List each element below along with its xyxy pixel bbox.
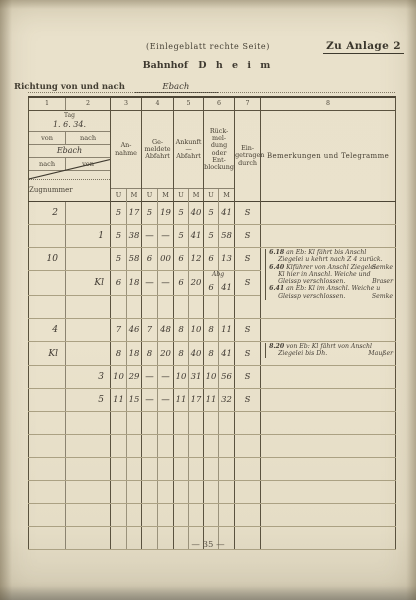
zugnummer-col1-cell	[29, 504, 66, 527]
annahme-hour-cell: 7	[111, 319, 127, 342]
ankunft-minute-cell: 10	[189, 319, 204, 342]
annahme-hour-cell	[111, 435, 127, 458]
hour-label: U	[204, 189, 219, 202]
col-number: 3	[111, 97, 142, 111]
gemeldete-minute-cell: —	[158, 225, 174, 248]
annahme-hour-cell: 5	[111, 248, 127, 271]
table-row: 4746748810811S	[29, 319, 396, 342]
annahme-hour-cell: 10	[111, 366, 127, 389]
ankunft-minute-cell	[189, 481, 204, 504]
ankunft-minute-cell	[189, 296, 204, 319]
ankunft-hour-cell	[174, 504, 189, 527]
remark-line: 6.40 Klführer von Anschl Ziegelei: Kl hi…	[269, 264, 393, 286]
ankunft-hour-cell: 6	[174, 271, 189, 296]
von-nach-row: von nach	[29, 132, 110, 145]
zugnummer-col2-cell: 3	[66, 366, 111, 389]
eingetragen-cell	[235, 504, 261, 527]
ankunft-minute-cell	[189, 435, 204, 458]
table-row: 51115——11171132S	[29, 389, 396, 412]
ankunft-hour-cell: 10	[174, 366, 189, 389]
table-row: Kl818820840841S8.20 von Eb: Kl fährt von…	[29, 342, 396, 366]
tag-date-value: 1. 6. 34.	[53, 120, 86, 129]
rueckmeldung-minute-cell: 41	[219, 202, 235, 225]
zugnummer-col1-cell	[29, 389, 66, 412]
gemeldete-minute-cell	[158, 504, 174, 527]
annahme-minute-cell: 38	[127, 225, 142, 248]
bemerkungen-cell	[261, 412, 396, 435]
rueckmeldung-hour-cell: 11	[204, 389, 219, 412]
annahme-hour-cell: 5	[111, 202, 127, 225]
zugnummer-col2-cell	[66, 248, 111, 271]
gemeldete-hour-cell: 6	[142, 248, 158, 271]
col-number: 4	[142, 97, 174, 111]
remark-block: 6.18 an Eb: Kl fährt bis Anschl Ziegelei…	[265, 249, 393, 300]
rueckmeldung-hour-cell	[204, 435, 219, 458]
zugnummer-col2-cell	[66, 412, 111, 435]
zugnummer-col2-cell: 5	[66, 389, 111, 412]
eingetragen-cell	[235, 481, 261, 504]
zugnummer-col1-cell	[29, 458, 66, 481]
zugnummer-col2-cell	[66, 458, 111, 481]
remark-block: 8.20 von Eb: Kl fährt von Anschl Ziegele…	[265, 343, 393, 358]
gemeldete-hour-cell: 5	[142, 202, 158, 225]
ankunft-minute-cell	[189, 504, 204, 527]
gemeldete-hour-cell	[142, 504, 158, 527]
table-row	[29, 458, 396, 481]
zugnummer-col2-cell	[66, 319, 111, 342]
annahme-hour-cell	[111, 412, 127, 435]
ankunft-minute-cell: 17	[189, 389, 204, 412]
annahme-minute-cell: 15	[127, 389, 142, 412]
rueckmeldung-minute-cell: 41	[219, 271, 235, 296]
rueckmeldung-minute-cell	[219, 412, 235, 435]
tag-label: Tag	[29, 111, 110, 120]
eingetragen-durch-header: Ein- getragen durch	[235, 111, 261, 202]
annahme-minute-cell	[127, 296, 142, 319]
scanned-form-page: (Einlegeblatt rechte Seite) Zu Anlage 2 …	[0, 0, 416, 600]
zugnummer-col2-cell: Kl	[66, 271, 111, 296]
gemeldete-minute-cell	[158, 481, 174, 504]
zugnummer-col2-cell	[66, 435, 111, 458]
station-name: D h e i m	[198, 60, 273, 71]
rueckmeldung-hour-cell	[204, 296, 219, 319]
rueckmeldung-minute-cell: 58	[219, 225, 235, 248]
gemeldete-hour-cell	[142, 481, 158, 504]
annahme-minute-cell	[127, 412, 142, 435]
rueckmeldung-hour-cell: 6Abg	[204, 271, 219, 296]
eingetragen-cell	[235, 435, 261, 458]
table-body: 2517519540541S1538——541558S1055860061261…	[29, 202, 396, 550]
gemeldete-hour-cell: —	[142, 225, 158, 248]
anlage-reference: Zu Anlage 2	[323, 40, 404, 54]
gemeldete-minute-cell: —	[158, 389, 174, 412]
ankunft-hour-cell	[174, 458, 189, 481]
zugnummer-col1-cell	[29, 296, 66, 319]
rueckmeldung-minute-cell: 41	[219, 342, 235, 366]
gemeldete-hour-cell	[142, 435, 158, 458]
rueckmeldung-hour-cell	[204, 481, 219, 504]
zugnummer-col2-cell	[66, 481, 111, 504]
rueckmeldung-hour-cell	[204, 458, 219, 481]
station-label: Bahnhof	[143, 60, 188, 71]
rueckmeldung-minute-cell	[219, 504, 235, 527]
dotted-rule	[28, 92, 395, 93]
table-row	[29, 435, 396, 458]
eingetragen-cell: S	[235, 342, 261, 366]
eingetragen-cell: S	[235, 248, 261, 271]
zugnummer-label: Zugnummer	[29, 180, 110, 201]
tag-section: Tag 1. 6. 34.	[29, 111, 110, 132]
annahme-minute-cell: 29	[127, 366, 142, 389]
rueckmeldung-minute-cell: 11	[219, 319, 235, 342]
gemeldete-minute-cell: —	[158, 271, 174, 296]
gemeldete-minute-cell	[158, 458, 174, 481]
bemerkungen-cell	[261, 458, 396, 481]
col-number: 8	[261, 97, 396, 111]
gemeldete-minute-cell: 20	[158, 342, 174, 366]
zugnummer-col1-cell: 2	[29, 202, 66, 225]
zugnummer-col2-cell: 1	[66, 225, 111, 248]
remark-line: 6.41 an Eb: Kl im Anschl. Weiche u Gleis…	[269, 285, 393, 300]
column-number-row: 1 2 3 4 5 6 7 8	[29, 97, 396, 111]
zugnummer-col1-cell: 4	[29, 319, 66, 342]
rueckmeldung-minute-cell: 32	[219, 389, 235, 412]
ankunft-hour-cell	[174, 481, 189, 504]
table-row: 2517519540541S	[29, 202, 396, 225]
ankunft-minute-cell: 12	[189, 248, 204, 271]
eingetragen-cell	[235, 458, 261, 481]
zugnummer-col2-cell	[66, 296, 111, 319]
gemeldete-hour-cell	[142, 412, 158, 435]
ankunft-minute-cell: 41	[189, 225, 204, 248]
bemerkungen-cell	[261, 435, 396, 458]
table-row: 1538——541558S	[29, 225, 396, 248]
route-value: Ebach	[29, 145, 110, 158]
rueckmeldung-minute-cell	[219, 296, 235, 319]
eingetragen-cell: S	[235, 366, 261, 389]
ankunft-hour-cell: 6	[174, 248, 189, 271]
table-row	[29, 412, 396, 435]
bemerkungen-cell	[261, 504, 396, 527]
gemeldete-minute-cell: —	[158, 366, 174, 389]
annahme-hour-cell	[111, 458, 127, 481]
minute-label: M	[158, 189, 174, 202]
table-row	[29, 481, 396, 504]
zugnummer-col1-cell: 10	[29, 248, 66, 271]
zugnummer-col1-cell	[29, 366, 66, 389]
col-number: 1	[29, 97, 66, 111]
bemerkungen-cell: 6.18 an Eb: Kl fährt bis Anschl Ziegelei…	[261, 248, 396, 319]
gemeldete-minute-cell	[158, 412, 174, 435]
ankunft-hour-cell: 5	[174, 202, 189, 225]
annahme-minute-cell: 46	[127, 319, 142, 342]
ankunft-hour-cell	[174, 296, 189, 319]
eingetragen-cell	[235, 412, 261, 435]
annahme-minute-cell: 17	[127, 202, 142, 225]
col-number: 5	[174, 97, 204, 111]
eingetragen-cell: S	[235, 389, 261, 412]
diagonal-strike-line	[29, 158, 110, 180]
rueckmeldung-hour-cell: 10	[204, 366, 219, 389]
minute-label: M	[219, 189, 235, 202]
zugnummer-col1-cell: Kl	[29, 342, 66, 366]
col-number: 2	[66, 97, 111, 111]
rueckmeldung-hour-cell: 5	[204, 202, 219, 225]
zugnummer-header-block: Tag 1. 6. 34. von nach Ebach nach von	[29, 111, 111, 202]
direction-label: Richtung von und nach	[14, 82, 125, 92]
rueckmeldung-hour-cell: 6	[204, 248, 219, 271]
annahme-minute-cell: 18	[127, 342, 142, 366]
page-number: — 35 —	[0, 540, 416, 550]
ankunft-minute-cell: 40	[189, 202, 204, 225]
main-header-row: Tag 1. 6. 34. von nach Ebach nach von	[29, 111, 396, 189]
annahme-hour-cell	[111, 296, 127, 319]
train-log-table: 1 2 3 4 5 6 7 8 Tag 1. 6. 34.	[28, 96, 396, 550]
annahme-header: An- nahme	[111, 111, 142, 189]
bemerkungen-cell	[261, 366, 396, 389]
eingetragen-cell: S	[235, 319, 261, 342]
rueckmeldung-header: Rück- mel- dung oder Ent- blockung	[204, 111, 235, 189]
zugnummer-col2-cell	[66, 504, 111, 527]
rueckmeldung-minute-cell: 56	[219, 366, 235, 389]
annahme-minute-cell	[127, 481, 142, 504]
gemeldete-hour-cell: 8	[142, 342, 158, 366]
annahme-minute-cell	[127, 504, 142, 527]
ankunft-minute-cell: 40	[189, 342, 204, 366]
eingetragen-cell: S	[235, 202, 261, 225]
zugnummer-col1-cell	[29, 271, 66, 296]
hour-label: U	[142, 189, 158, 202]
bemerkungen-cell	[261, 389, 396, 412]
annahme-hour-cell	[111, 504, 127, 527]
annahme-hour-cell: 5	[111, 225, 127, 248]
annahme-minute-cell: 58	[127, 248, 142, 271]
gemeldete-minute-cell: 00	[158, 248, 174, 271]
ankunft-minute-cell	[189, 412, 204, 435]
minute-label: M	[127, 189, 142, 202]
hour-label: U	[174, 189, 189, 202]
ankunft-hour-cell: 8	[174, 342, 189, 366]
gemeldete-hour-cell: 7	[142, 319, 158, 342]
annahme-hour-cell	[111, 481, 127, 504]
rueckmeldung-hour-cell	[204, 412, 219, 435]
rueckmeldung-hour-cell: 8	[204, 342, 219, 366]
annahme-minute-cell	[127, 435, 142, 458]
ankunft-minute-cell: 20	[189, 271, 204, 296]
rueckmeldung-hour-cell: 8	[204, 319, 219, 342]
remark-line: 8.20 von Eb: Kl fährt von Anschl Ziegele…	[269, 343, 393, 358]
ankunft-hour-cell: 8	[174, 319, 189, 342]
gemeldete-minute-cell: 19	[158, 202, 174, 225]
direction-strike-block: nach von	[29, 158, 110, 180]
bemerkungen-cell: 8.20 von Eb: Kl fährt von Anschl Ziegele…	[261, 342, 396, 366]
gemeldete-abfahrt-header: Ge- meldete Abfahrt	[142, 111, 174, 189]
annahme-minute-cell	[127, 458, 142, 481]
gemeldete-hour-cell	[142, 458, 158, 481]
rueckmeldung-minute-cell	[219, 481, 235, 504]
table-row: 31029——10311056S	[29, 366, 396, 389]
rueckmeldung-minute-cell	[219, 435, 235, 458]
ankunft-hour-cell	[174, 412, 189, 435]
rueckmeldung-hour-cell	[204, 504, 219, 527]
zugnummer-col2-cell	[66, 202, 111, 225]
zugnummer-col2-cell	[66, 342, 111, 366]
annahme-hour-cell: 6	[111, 271, 127, 296]
col-number: 6	[204, 97, 235, 111]
bemerkungen-cell	[261, 319, 396, 342]
zugnummer-col1-cell	[29, 412, 66, 435]
gemeldete-hour-cell: —	[142, 389, 158, 412]
rueckmeldung-minute-cell: 13	[219, 248, 235, 271]
gemeldete-minute-cell	[158, 435, 174, 458]
rueckmeldung-hour-cell: 5	[204, 225, 219, 248]
annahme-hour-cell: 8	[111, 342, 127, 366]
zugnummer-col1-cell	[29, 225, 66, 248]
station-title: Bahnhof D h e i m	[0, 60, 416, 71]
eingetragen-cell: S	[235, 225, 261, 248]
eingetragen-cell: S	[235, 271, 261, 296]
ankunft-hour-cell	[174, 435, 189, 458]
annahme-hour-cell: 11	[111, 389, 127, 412]
minute-label: M	[189, 189, 204, 202]
gemeldete-minute-cell: 48	[158, 319, 174, 342]
annahme-minute-cell: 18	[127, 271, 142, 296]
nach-label: nach	[65, 132, 110, 144]
bemerkungen-cell	[261, 225, 396, 248]
gemeldete-hour-cell: —	[142, 271, 158, 296]
col-number: 7	[235, 97, 261, 111]
zugnummer-col1-cell	[29, 481, 66, 504]
ankunft-hour-cell: 5	[174, 225, 189, 248]
gemeldete-minute-cell	[158, 296, 174, 319]
table-row: 10558600612613S6.18 an Eb: Kl fährt bis …	[29, 248, 396, 271]
remark-line: 6.18 an Eb: Kl fährt bis Anschl Ziegelei…	[269, 249, 393, 264]
ankunft-abfahrt-header: Ankunft — Abfahrt	[174, 111, 204, 189]
table-row	[29, 504, 396, 527]
eingetragen-cell	[235, 296, 261, 319]
zugnummer-col1-cell	[29, 435, 66, 458]
bemerkungen-cell	[261, 202, 396, 225]
ankunft-hour-cell: 11	[174, 389, 189, 412]
rueckmeldung-minute-cell	[219, 458, 235, 481]
ankunft-minute-cell: 31	[189, 366, 204, 389]
ankunft-minute-cell	[189, 458, 204, 481]
bemerkungen-cell	[261, 481, 396, 504]
gemeldete-hour-cell: —	[142, 366, 158, 389]
hour-label: U	[111, 189, 127, 202]
von-label: von	[29, 132, 65, 144]
gemeldete-hour-cell	[142, 296, 158, 319]
bemerkungen-header: Bemerkungen und Telegramme	[261, 111, 396, 202]
